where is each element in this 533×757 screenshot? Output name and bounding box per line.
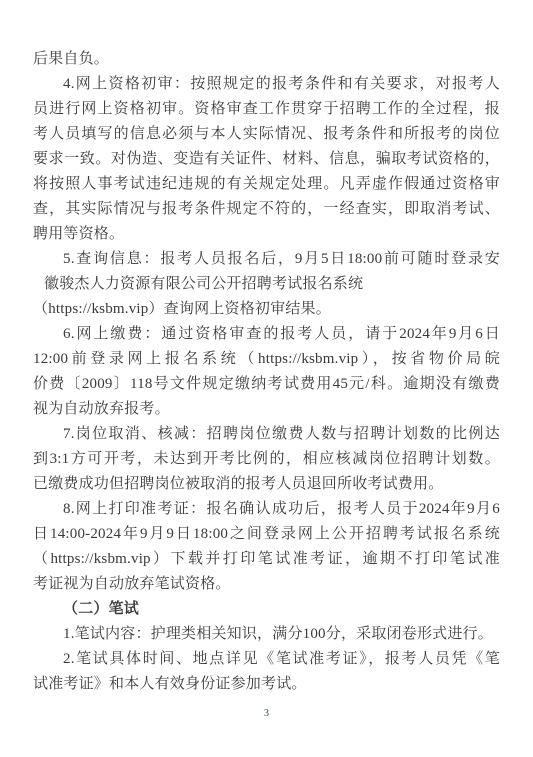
text-line: 员进行网上资格初审。资格审查工作贯穿于招聘工作的全过程，报 xyxy=(33,97,500,122)
text-line: 考证视为自动放弃笔试资格。 xyxy=(33,572,500,597)
text-line: 试准考证》和本人有效身份证参加考试。 xyxy=(33,672,500,697)
text-line: 日14:00-2024年9月9日18:00之间登录网上公开招聘考试报名系统 xyxy=(33,522,500,547)
text-line: 后果自负。 xyxy=(33,47,500,72)
document-body: 后果自负。4.网上资格初审：按照规定的报考条件和有关要求，对报考人员进行网上资格… xyxy=(33,47,500,697)
page-number: 3 xyxy=(0,708,533,719)
text-line: 考人员填写的信息必须与本人实际情况、报考条件和所报考的岗位 xyxy=(33,122,500,147)
text-line: 要求一致。对伪造、变造有关证件、材料、信息，骗取考试资格的， xyxy=(33,147,500,172)
text-line: 已缴费成功但招聘岗位被取消的报考人员退回所收考试费用。 xyxy=(33,472,500,497)
text-line: 聘用等资格。 xyxy=(33,222,500,247)
text-line: 2.笔试具体时间、地点详见《笔试准考证》，报考人员凭《笔 xyxy=(33,647,500,672)
text-line: 1.笔试内容：护理类相关知识，满分100分，采取闭卷形式进行。 xyxy=(33,622,500,647)
text-line: 查，其实际情况与报考条件规定不符的，一经查实，即取消考试、 xyxy=(33,197,500,222)
text-line: 价费〔2009〕118号文件规定缴纳考试费用45元/科。逾期没有缴费 xyxy=(33,372,500,397)
document-page: 后果自负。4.网上资格初审：按照规定的报考条件和有关要求，对报考人员进行网上资格… xyxy=(0,0,533,757)
text-line: 12:00前登录网上报名系统（https://ksbm.vip），按省物价局皖 xyxy=(33,347,500,372)
text-line: 视为自动放弃报考。 xyxy=(33,397,500,422)
text-line: 5.查询信息：报考人员报名后，9月5日18:00前可随时登录安 xyxy=(33,247,500,272)
text-line: 到3:1方可开考，未达到开考比例的，相应核减岗位招聘计划数。 xyxy=(33,447,500,472)
text-line: （https://ksbm.vip）查询网上资格初审结果。 xyxy=(33,297,500,322)
text-line: 6.网上缴费：通过资格审查的报考人员，请于2024年9月6日 xyxy=(33,322,500,347)
text-line: （二）笔试 xyxy=(33,597,500,622)
text-line: （https://ksbm.vip）下载并打印笔试准考证，逾期不打印笔试准 xyxy=(33,547,500,572)
text-line: 8.网上打印准考证：报名确认成功后，报考人员于2024年9月6 xyxy=(33,497,500,522)
text-line: 将按照人事考试违纪违规的有关规定处理。凡弄虚作假通过资格审 xyxy=(33,172,500,197)
text-line: 7.岗位取消、核减：招聘岗位缴费人数与招聘计划数的比例达 xyxy=(33,422,500,447)
text-line: 4.网上资格初审：按照规定的报考条件和有关要求，对报考人 xyxy=(33,72,500,97)
text-line: 徽骏杰人力资源有限公司公开招聘考试报名系统 xyxy=(33,272,500,297)
